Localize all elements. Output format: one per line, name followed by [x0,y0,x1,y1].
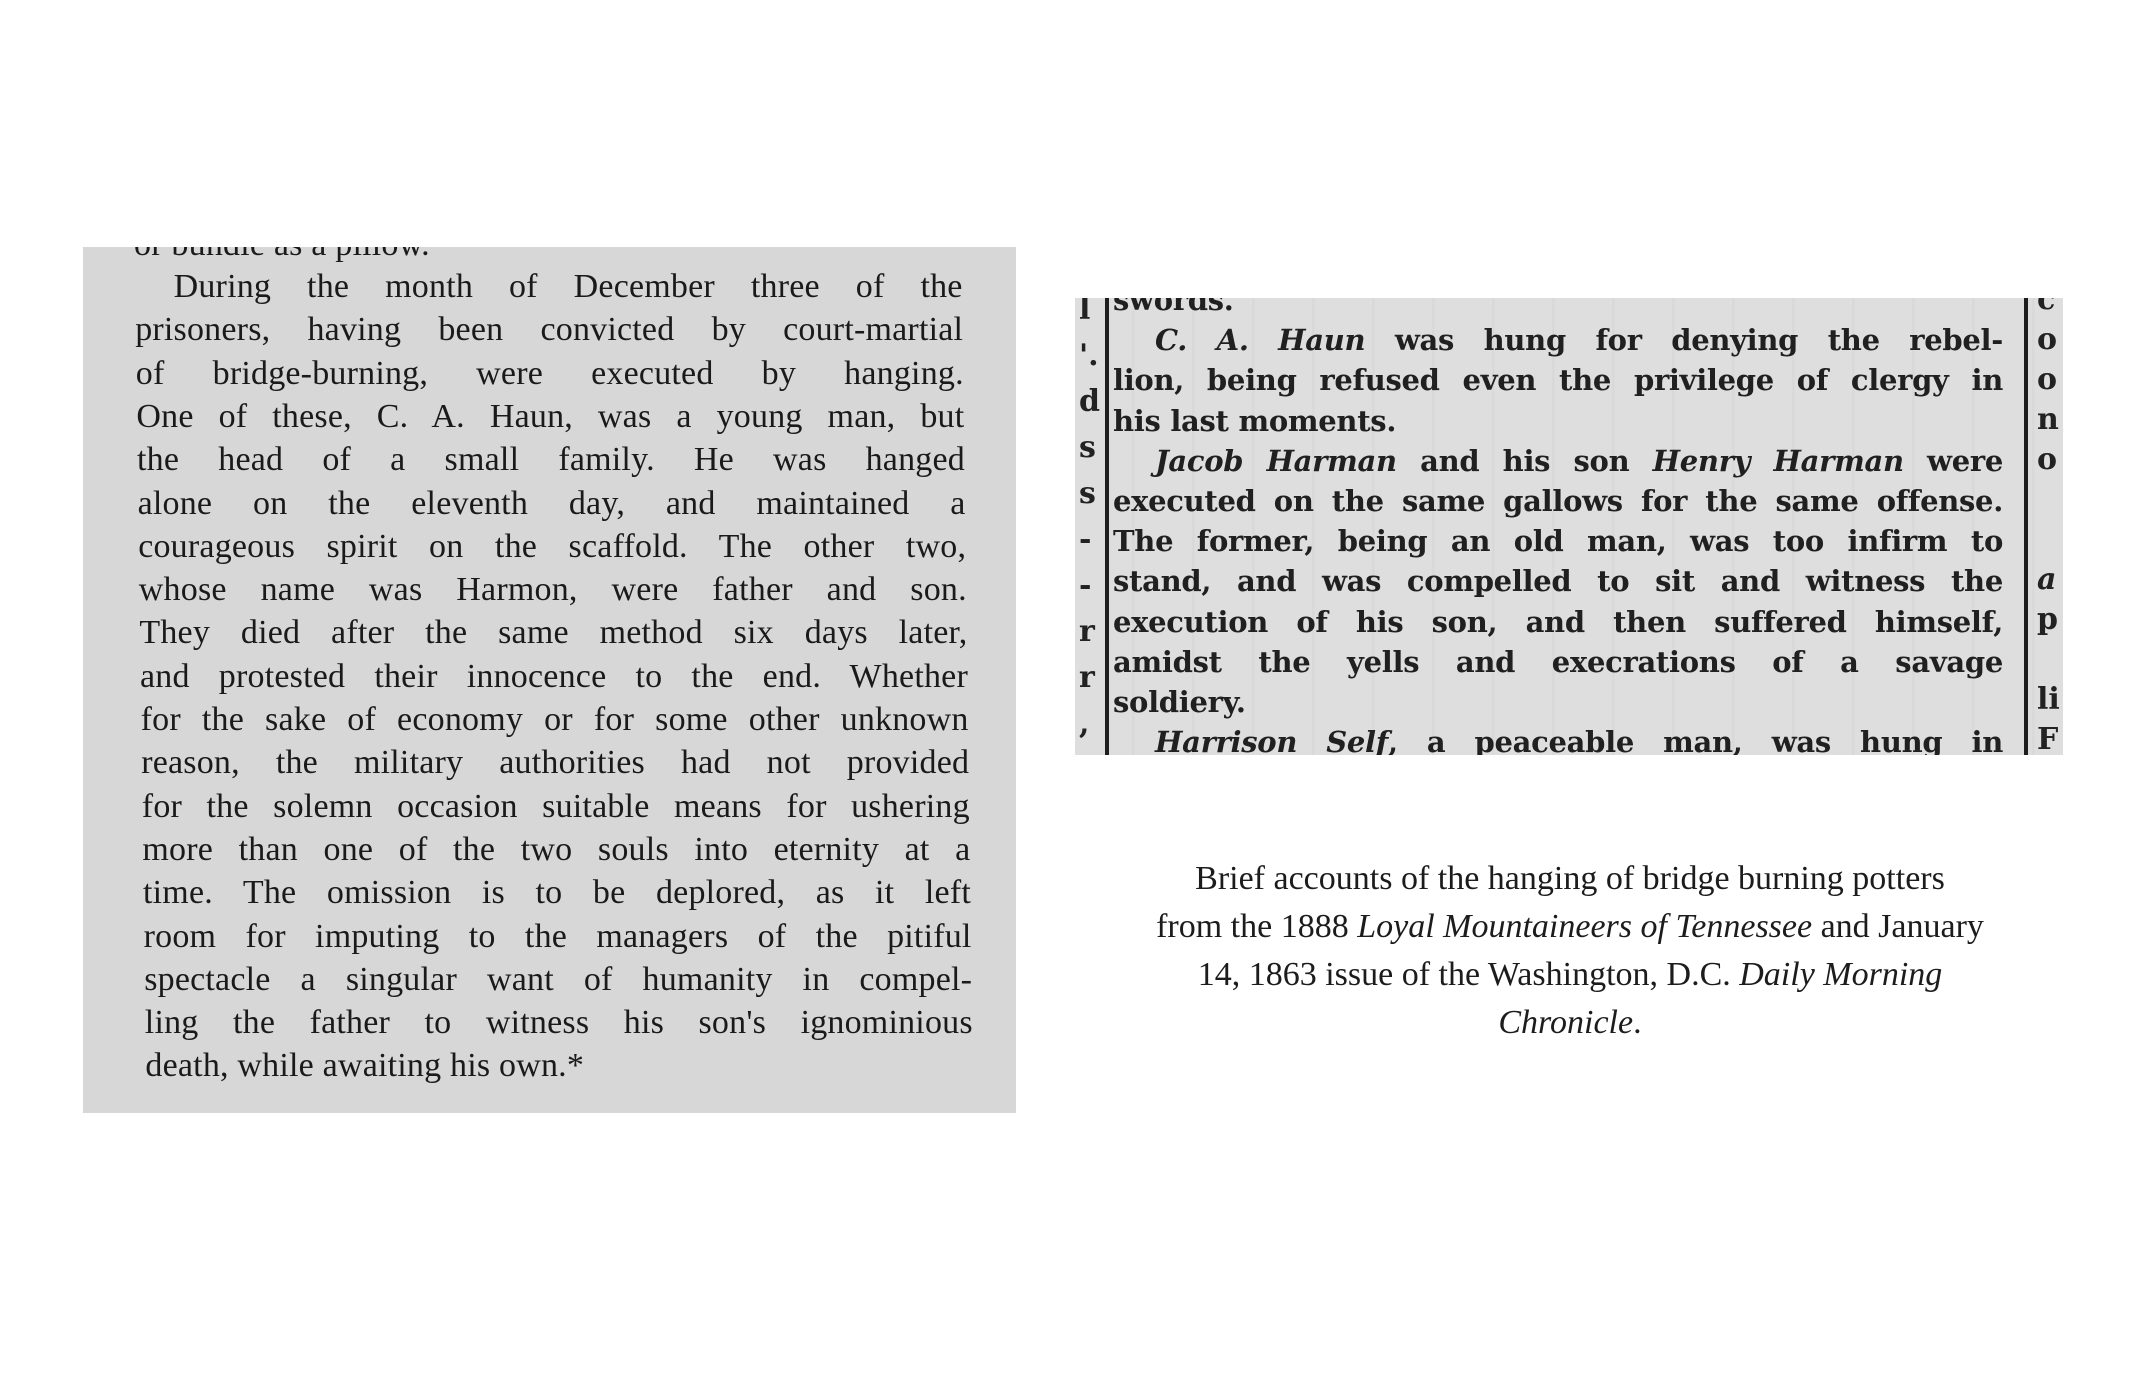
adjacent-column-char: - [1079,566,1091,606]
text-run: were [1904,444,2003,478]
newspaper-text-line: lion, being refused even the privilege o… [1113,360,2003,400]
newspaper-text-line: swords. [1113,298,2003,320]
newspaper-text-line: soldiery. [1113,682,2003,722]
book-text-line: prisoners, having been convicted by cour… [135,308,963,351]
adjacent-column-char: s [1079,474,1096,514]
newspaper-clipping-scan: swords.C. A. Haun was hung for denying t… [1075,298,2063,755]
adjacent-column-char: o [2037,360,2057,400]
adjacent-column-char: r [1079,658,1095,698]
newspaper-text-line: execution of his son, and then suffered … [1113,602,2003,642]
newspaper-text-line: The former, being an old man, was too in… [1113,521,2003,561]
italic-name: C. A. Haun [1155,323,1365,357]
adjacent-column-char: li [2037,680,2060,720]
italic-name: Harrison Self [1155,725,1388,755]
newspaper-text-line: amidst the yells and execrations of a sa… [1113,642,2003,682]
newspaper-text-line: his last moments. [1113,401,2003,441]
adjacent-column-char: a [2037,560,2056,600]
adjacent-column-char: p [2037,600,2058,640]
newspaper-text-line: executed on the same gallows for the sam… [1113,481,2003,521]
adjacent-column-char: F [2037,720,2058,755]
adjacent-column-char: , [1079,704,1089,744]
right-column-rule [2024,298,2028,755]
text-run: and his son [1397,444,1653,478]
text-run: stand, and was compelled to sit and witn… [1113,564,2003,598]
book-text-line: time. The omission is to be deplored, as… [143,871,971,914]
book-text-line: and protested their innocence to the end… [140,655,968,698]
caption-line-1: Brief accounts of the hanging of bridge … [1100,855,2040,903]
text-run: his last moments. [1113,404,1396,438]
book-text-line: for the solemn occasion suitable means f… [142,785,970,828]
book-text-line: death, while awaiting his own.* [145,1044,973,1087]
adjacent-column-char: l [1079,298,1090,330]
text-run: swords. [1113,298,1234,317]
book-text-line: whose name was Harmon, were father and s… [139,568,967,611]
caption-text: from the 1888 [1156,908,1357,945]
newspaper-title: Daily Morning [1739,956,1942,993]
book-text-line: for the sake of economy or for some othe… [141,698,969,741]
adjacent-column-char: c [2037,298,2055,320]
left-column-rule [1105,298,1109,755]
newspaper-text-line: C. A. Haun was hung for denying the rebe… [1155,320,2003,360]
text-run: executed on the same gallows for the sam… [1113,484,2003,518]
figure-caption: Brief accounts of the hanging of bridge … [1100,855,2040,1047]
book-text-line: more than one of the two souls into eter… [142,828,970,871]
book-excerpt-scan: or bundle as a pillow.During the month o… [83,247,1016,1113]
italic-name: Jacob Harman [1155,444,1397,478]
caption-line-4: Chronicle. [1100,999,2040,1047]
book-title: Loyal Mountaineers of Tennessee [1357,908,1812,945]
book-text-line: the head of a small family. He was hange… [137,438,965,481]
caption-text: . [1633,1004,1642,1041]
text-run: lion, being refused even the privilege o… [1113,363,2003,397]
caption-line-2: from the 1888 Loyal Mountaineers of Tenn… [1100,903,2040,951]
book-text-line: spectacle a singular want of humanity in… [144,958,972,1001]
caption-text: and January [1812,908,1984,945]
adjacent-column-char: n [2037,400,2059,440]
adjacent-column-char: d [1079,382,1100,422]
adjacent-column-char: - [1079,520,1091,560]
caption-line-3: 14, 1863 issue of the Washington, D.C. D… [1100,951,2040,999]
book-text-line: ling the father to witness his son's ign… [145,1001,973,1044]
book-text-line: room for imputing to the managers of the… [144,915,972,958]
adjacent-column-char: r [1079,612,1095,652]
adjacent-column-char: o [2037,320,2057,360]
newspaper-text-line: stand, and was compelled to sit and witn… [1113,561,2003,601]
book-text-line: alone on the eleventh day, and maintaine… [138,482,966,525]
text-run: , a peaceable man, was hung in [1388,725,2003,755]
book-text-line: They died after the same method six days… [139,611,967,654]
book-text-line: One of these, C. A. Haun, was a young ma… [136,395,964,438]
adjacent-column-char: o [2037,440,2057,480]
book-text-line: courageous spirit on the scaffold. The o… [138,525,966,568]
newspaper-text-line: Jacob Harman and his son Henry Harman we… [1155,441,2003,481]
adjacent-column-char: s [1079,428,1096,468]
caption-text: 14, 1863 issue of the Washington, D.C. [1198,956,1740,993]
text-run: The former, being an old man, was too in… [1113,524,2003,558]
book-text-line: During the month of December three of th… [174,265,963,308]
cut-off-line: or bundle as a pillow. [134,247,962,266]
text-run: soldiery. [1113,685,1246,719]
newspaper-title: Chronicle [1498,1004,1633,1041]
book-text-line: of bridge-burning, were executed by hang… [136,352,964,395]
italic-name: Henry Harman [1653,444,1904,478]
text-run: execution of his son, and then suffered … [1113,605,2003,639]
text-run: was hung for denying the rebel- [1365,323,2003,357]
book-text-line: reason, the military authorities had not… [141,741,969,784]
text-run: amidst the yells and execrations of a sa… [1113,645,2003,679]
adjacent-column-char: '. [1079,336,1099,376]
newspaper-text-line: Harrison Self, a peaceable man, was hung… [1155,722,2003,755]
